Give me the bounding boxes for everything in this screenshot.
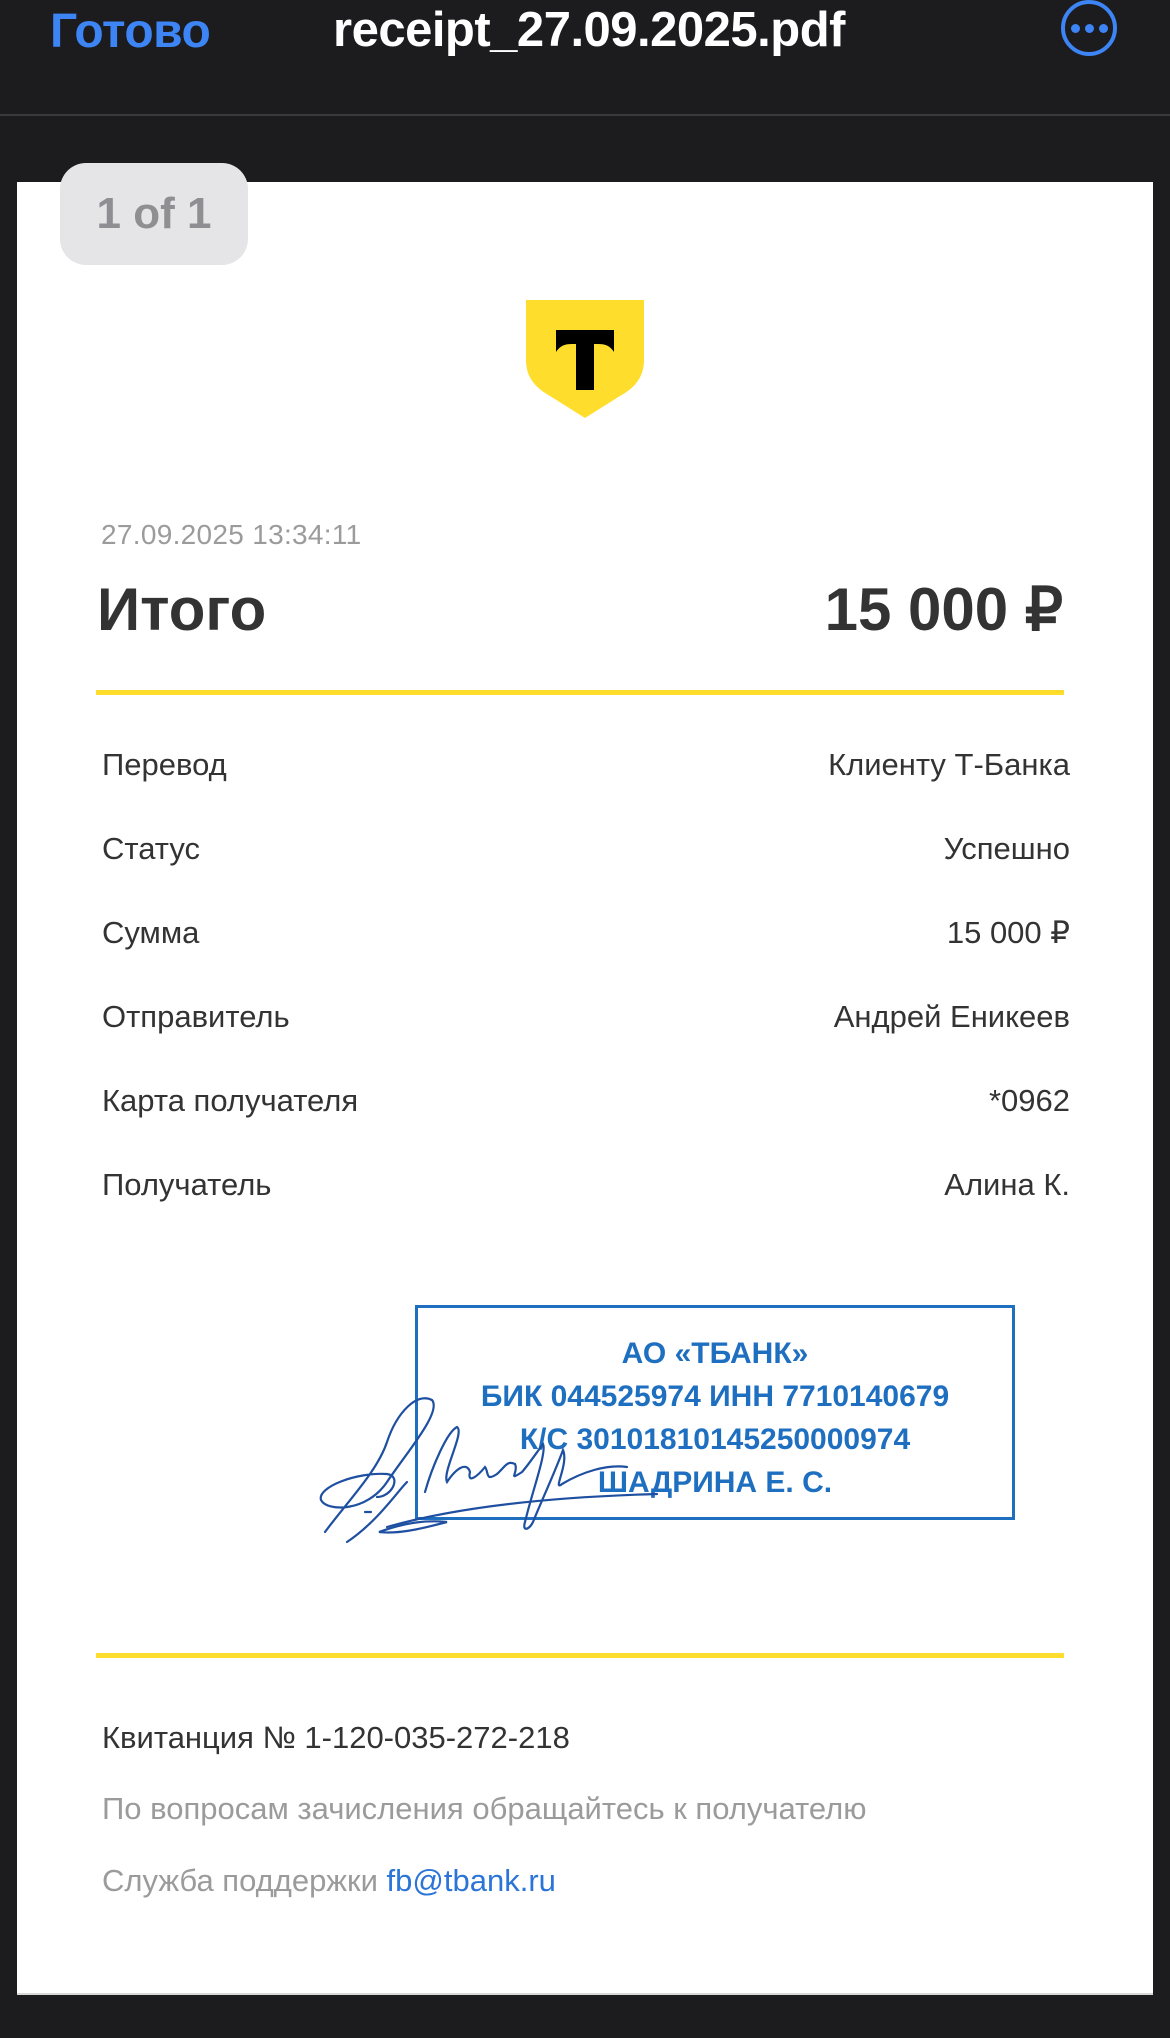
support-label: Служба поддержки	[102, 1863, 387, 1898]
stamp-line: ШАДРИНА Е. С.	[418, 1461, 1012, 1504]
detail-label: Отправитель	[102, 999, 290, 1035]
detail-label: Получатель	[102, 1167, 271, 1203]
detail-row-sender: Отправитель Андрей Еникеев	[102, 999, 1070, 1039]
ellipsis-dot-icon	[1099, 24, 1108, 33]
detail-label: Статус	[102, 831, 200, 867]
ellipsis-dot-icon	[1085, 24, 1094, 33]
detail-value: *0962	[989, 1083, 1070, 1119]
more-options-button[interactable]	[1061, 0, 1117, 56]
done-button[interactable]: Готово	[50, 4, 210, 59]
detail-value: 15 000 ₽	[947, 915, 1070, 951]
detail-value: Андрей Еникеев	[834, 999, 1070, 1035]
stamp-line: АО «ТБАНК»	[418, 1332, 1012, 1375]
detail-row-recipient-card: Карта получателя *0962	[102, 1083, 1070, 1123]
detail-row-recipient: Получатель Алина К.	[102, 1167, 1070, 1207]
detail-value: Успешно	[944, 831, 1070, 867]
stamp-line: БИК 044525974 ИНН 7710140679	[418, 1375, 1012, 1418]
stamp-line: К/С 30101810145250000974	[418, 1418, 1012, 1461]
yellow-divider	[96, 1653, 1064, 1658]
receipt-number: Квитанция № 1-120-035-272-218	[102, 1720, 570, 1756]
bank-stamp: АО «ТБАНК» БИК 044525974 ИНН 7710140679 …	[415, 1305, 1015, 1520]
detail-row-status: Статус Успешно	[102, 831, 1070, 871]
pdf-page: 27.09.2025 13:34:11 Итого 15 000 ₽ Перев…	[17, 182, 1153, 1993]
page-indicator: 1 of 1	[60, 163, 248, 265]
ellipsis-dot-icon	[1071, 24, 1080, 33]
support-email-link[interactable]: fb@tbank.ru	[387, 1863, 556, 1898]
navigation-bar: Готово receipt_27.09.2025.pdf	[0, 0, 1170, 116]
detail-row-amount: Сумма 15 000 ₽	[102, 915, 1070, 955]
tbank-shield-logo-icon	[526, 300, 644, 418]
detail-row-transfer: Перевод Клиенту Т-Банка	[102, 747, 1070, 787]
total-amount: 15 000 ₽	[825, 575, 1063, 645]
total-label: Итого	[97, 575, 266, 644]
support-line: Служба поддержки fb@tbank.ru	[102, 1863, 556, 1899]
yellow-divider	[96, 690, 1064, 695]
transaction-datetime: 27.09.2025 13:34:11	[101, 519, 362, 551]
detail-value: Алина К.	[944, 1167, 1070, 1203]
detail-label: Сумма	[102, 915, 199, 951]
detail-label: Карта получателя	[102, 1083, 358, 1119]
document-title: receipt_27.09.2025.pdf	[333, 2, 845, 58]
detail-label: Перевод	[102, 747, 227, 783]
detail-value: Клиенту Т-Банка	[828, 747, 1070, 783]
support-note: По вопросам зачисления обращайтесь к пол…	[102, 1791, 866, 1827]
